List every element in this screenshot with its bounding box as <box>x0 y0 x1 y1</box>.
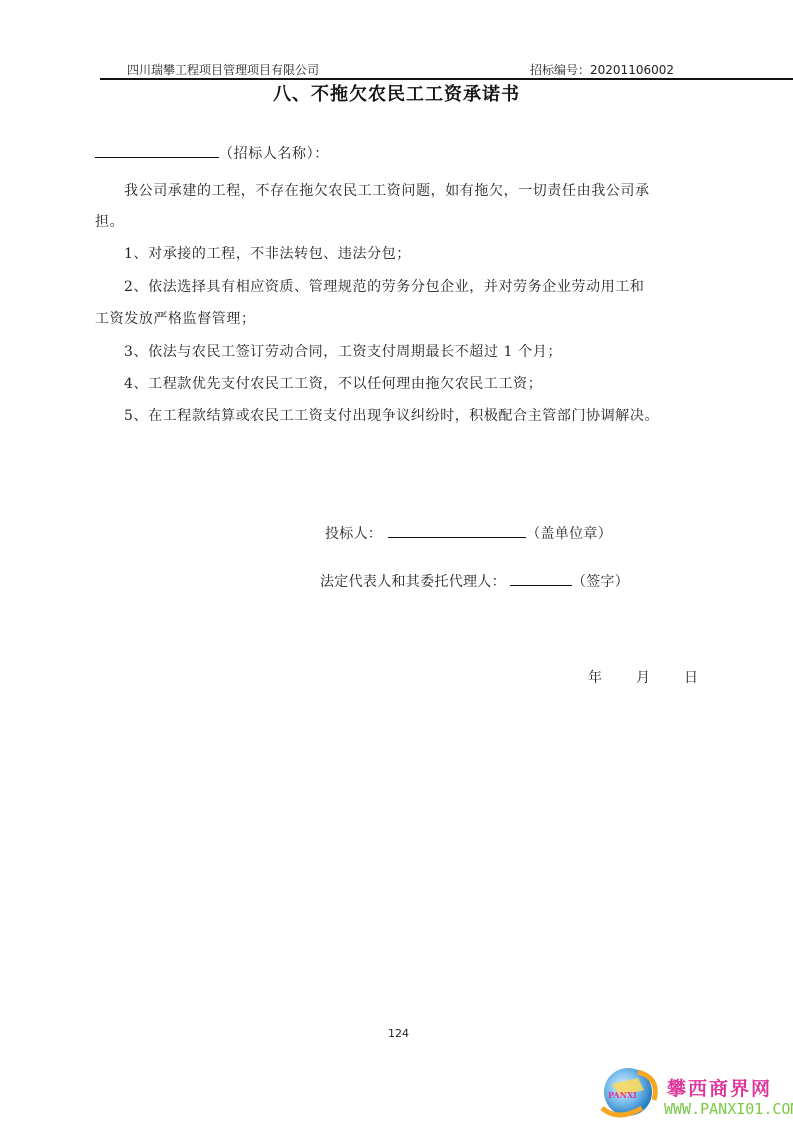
intro-line-2: 担。 <box>95 211 124 231</box>
addressee-blank <box>95 143 219 158</box>
bidder-note: （盖单位章） <box>526 526 612 542</box>
bid-number-value: 20201106002 <box>590 63 674 77</box>
intro-line-1: 我公司承建的工程，不存在拖欠农民工工资问题，如有拖欠，一切责任由我公司承 <box>124 180 650 200</box>
date-month: 月 <box>636 667 650 687</box>
commitment-item-4: 4、工程款优先支付农民工工资，不以任何理由拖欠农民工工资； <box>124 373 542 393</box>
representative-signature-line: 法定代表人和其委托代理人：（签字） <box>320 571 629 591</box>
date-year: 年 <box>588 667 602 687</box>
bidder-signature-line: 投标人：（盖单位章） <box>325 523 612 543</box>
commitment-item-2: 2、依法选择具有相应资质、管理规范的劳务分包企业，并对劳务企业劳动用工和 <box>124 276 645 296</box>
bidder-blank <box>388 523 526 538</box>
date-day: 日 <box>684 667 698 687</box>
bidder-label: 投标人： <box>325 526 382 542</box>
watermark-url: WWW.PANXI01.COM <box>664 1100 793 1118</box>
header-company: 四川瑞攀工程项目管理项目有限公司 <box>127 61 319 78</box>
commitment-item-3: 3、依法与农民工签订劳动合同，工资支付周期最长不超过 1 个月； <box>124 341 562 361</box>
commitment-item-2-cont: 工资发放严格监督管理； <box>95 308 256 328</box>
representative-note: （签字） <box>572 574 629 590</box>
globe-text: PANXI <box>608 1090 637 1100</box>
header-bid-number: 招标编号：20201106002 <box>530 61 674 78</box>
commitment-item-1: 1、对承接的工程，不非法转包、违法分包； <box>124 243 411 263</box>
addressee-label: （招标人名称）： <box>219 146 329 162</box>
page-number: 124 <box>388 1027 409 1040</box>
watermark-brand: 攀西商界网 <box>667 1074 772 1101</box>
addressee-line: （招标人名称）： <box>95 143 329 163</box>
commitment-item-5: 5、在工程款结算或农民工工资支付出现争议纠纷时，积极配合主管部门协调解决。 <box>124 405 659 425</box>
representative-label: 法定代表人和其委托代理人： <box>320 574 506 590</box>
bid-number-label: 招标编号： <box>530 63 590 77</box>
representative-blank <box>510 571 572 586</box>
globe-logo-icon: PANXI <box>598 1064 668 1120</box>
page-title: 八、不拖欠农民工工资承诺书 <box>0 80 793 106</box>
